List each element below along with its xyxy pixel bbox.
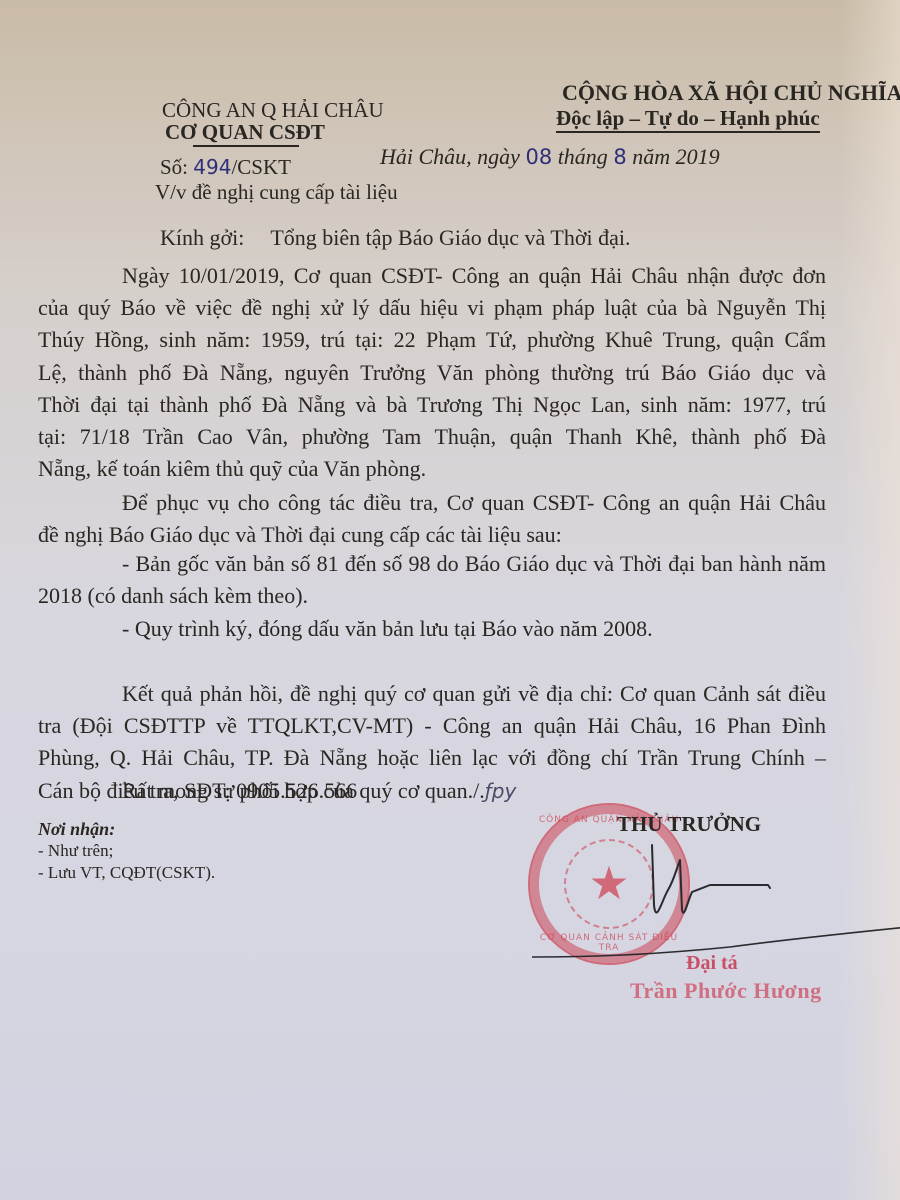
day-handwritten: 08 [525, 145, 552, 169]
document-date: Hải Châu, ngày 08 tháng 8 năm 2019 [380, 144, 720, 170]
text-line: Lệ, thành phố Đà Nẵng, nguyên Trưởng Văn… [38, 357, 826, 389]
date-prefix: Hải Châu, ngày [380, 144, 525, 169]
number-prefix: Số: [160, 155, 193, 179]
country-name: CỘNG HÒA XÃ HỘI CHỦ NGHĨA VIỆT NAM [562, 80, 900, 106]
number-handwritten: 494 [193, 155, 231, 179]
text-line: tại: 71/18 Trần Cao Vân, phường Tam Thuậ… [38, 421, 826, 453]
paper-shading [840, 0, 900, 1200]
text-line: Kết quả phản hồi, đề nghị quý cơ quan gử… [38, 678, 826, 710]
signatory-rank: Đại tá [686, 952, 738, 975]
text-line: của quý Báo về việc đề nghị xử lý dấu hi… [38, 292, 826, 324]
text-line: Thời đại tại thành phố Đà Nẵng và bà Trư… [38, 389, 826, 421]
text-line: - Bản gốc văn bản số 81 đến số 98 do Báo… [38, 548, 826, 580]
text-line: Phùng, Q. Hải Châu, TP. Đà Nẵng hoặc liê… [38, 742, 826, 774]
paragraph-complaint: Ngày 10/01/2019, Cơ quan CSĐT- Công an q… [38, 260, 826, 485]
signatory-name: Trần Phước Hương [630, 978, 822, 1004]
handwritten-initials: ƒpy [485, 779, 517, 803]
document-subject: V/v đề nghị cung cấp tài liệu [155, 180, 398, 205]
month-handwritten: 8 [613, 145, 626, 169]
recipient-item: - Như trên; [38, 840, 215, 862]
star-icon: ★ [588, 856, 629, 910]
list-item-original-documents: - Bản gốc văn bản số 81 đến số 98 do Báo… [38, 548, 826, 612]
department-underline [193, 145, 299, 147]
recipient-item: - Lưu VT, CQĐT(CSKT). [38, 862, 215, 884]
number-suffix: /CSKT [231, 155, 291, 179]
text-line: đề nghị Báo Giáo dục và Thời đại cung cấ… [38, 519, 826, 551]
text-line: Thúy Hồng, sinh năm: 1959, trú tại: 22 P… [38, 324, 826, 356]
motto-underline [556, 131, 820, 133]
document-number: Số: 494/CSKT [160, 155, 291, 180]
salutation: Kính gởi:Tổng biên tập Báo Giáo dục và T… [160, 225, 630, 251]
paragraph-request: Để phục vụ cho công tác điều tra, Cơ qua… [38, 487, 826, 551]
list-item-signing-process: - Quy trình ký, đóng dấu văn bản lưu tại… [38, 613, 826, 645]
salutation-recipient: Tổng biên tập Báo Giáo dục và Thời đại. [270, 225, 630, 250]
text-line: Ngày 10/01/2019, Cơ quan CSĐT- Công an q… [38, 260, 826, 292]
salutation-label: Kính gởi: [160, 225, 244, 250]
national-motto: Độc lập – Tự do – Hạnh phúc [556, 106, 820, 131]
motto-text: Độc lập – Tự do – Hạnh phúc [556, 106, 820, 130]
month-label: tháng [552, 144, 613, 169]
paragraph-closing: Rất mong sự phối hợp của quý cơ quan./.ƒ… [38, 775, 826, 807]
text-line: 2018 (có danh sách kèm theo). [38, 580, 826, 612]
text-line: Để phục vụ cho công tác điều tra, Cơ qua… [38, 487, 826, 519]
department-text: CƠ QUAN CSĐT [165, 120, 325, 144]
text-line: Nẵng, kế toán kiêm thủ quỹ của Văn phòng… [38, 453, 826, 485]
text-line: tra (Đội CSĐTTP về TTQLKT,CV-MT) - Công … [38, 710, 826, 742]
closing-text: Rất mong sự phối hợp của quý cơ quan./. [122, 778, 485, 803]
recipients-title: Nơi nhận: [38, 818, 215, 840]
year-label: năm 2019 [627, 144, 720, 169]
text-line: - Quy trình ký, đóng dấu văn bản lưu tại… [38, 613, 826, 645]
text-line: Rất mong sự phối hợp của quý cơ quan./.ƒ… [38, 775, 826, 807]
recipients-block: Nơi nhận: - Như trên; - Lưu VT, CQĐT(CSK… [38, 818, 215, 884]
department-name: CƠ QUAN CSĐT [165, 120, 325, 145]
